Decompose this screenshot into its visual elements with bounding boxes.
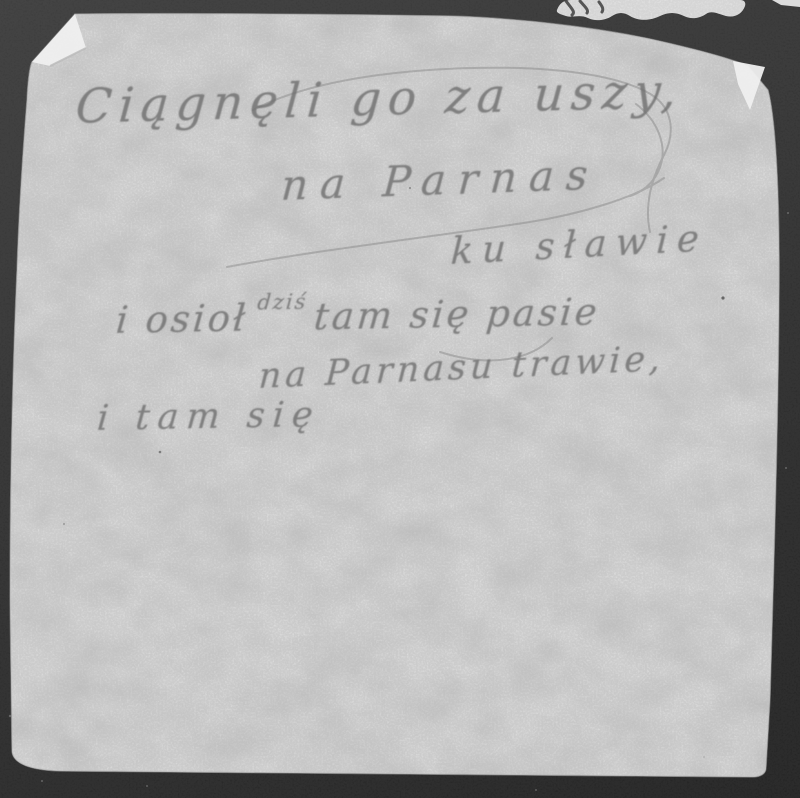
- handwriting-line-4: i osiołdziśtam się pasie: [114, 291, 601, 343]
- handwriting-line-4-insertion: dziś: [256, 290, 308, 315]
- handwriting-line-4-start: i osioł: [114, 297, 250, 342]
- handwriting-line-6: i tam się: [95, 395, 322, 439]
- handwriting-line-4-end: tam się pasie: [312, 291, 601, 339]
- scanned-document: Ciągnęli go za uszy, na Parnas ku sławie…: [0, 0, 800, 798]
